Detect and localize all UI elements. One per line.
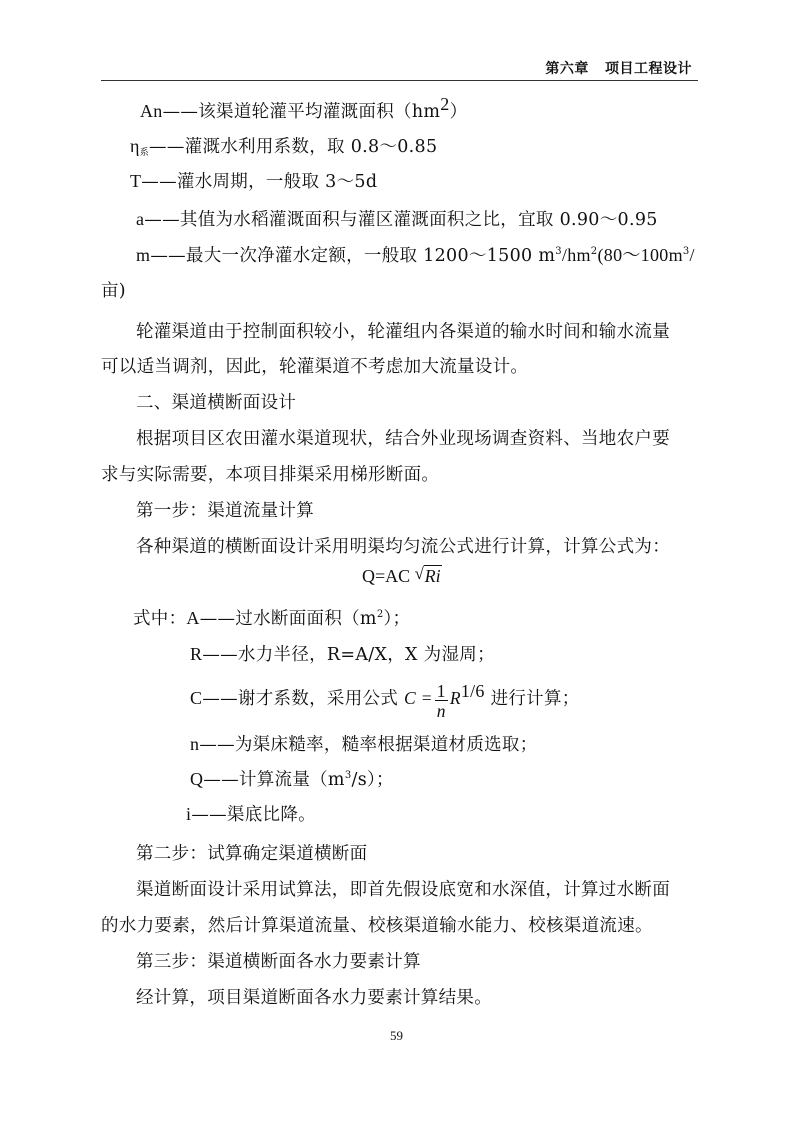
where-r: R——水力半径，R=A/X，X 为湿周； [190, 641, 495, 666]
manning-formula: Q=AC √Ri [362, 566, 442, 587]
definition-eta: η系——灌溉水利用系数，取 0.8～0.85 [130, 133, 437, 158]
step2-paragraph-line1: 渠道断面设计采用试算法，即首先假设底宽和水深值，计算过水断面 [136, 876, 670, 901]
where-c: C——谢才系数，采用公式 C =1nR1/6 进行计算； [190, 680, 580, 719]
step2-heading: 第二步：试算确定渠道横断面 [136, 840, 367, 865]
page-number: 59 [0, 1028, 793, 1044]
definition-a: a——其值为水稻灌溉面积与灌区灌溉面积之比，宜取 0.90～0.95 [136, 206, 658, 231]
where-i: i——渠底比降。 [186, 801, 316, 826]
page-header: 第六章 项目工程设计 [101, 56, 698, 81]
step3-heading: 第三步：渠道横断面各水力要素计算 [136, 948, 421, 973]
definition-m: m——最大一次净灌水定额，一般取 1200～1500 m3/hm2(80～100… [136, 241, 695, 267]
basis-paragraph-line1: 根据项目区农田灌水渠道现状，结合外业现场调查资料、当地农户要 [136, 425, 670, 450]
chapter-title: 第六章 项目工程设计 [545, 58, 692, 78]
definition-an: An——该渠道轮灌平均灌溉面积（hm2） [140, 98, 467, 123]
step1-description: 各种渠道的横断面设计采用明渠均匀流公式进行计算，计算公式为： [136, 533, 670, 558]
where-q: Q——计算流量（m3/s）； [190, 766, 394, 791]
step2-paragraph-line2: 的水力要素，然后计算渠道流量、校核渠道输水能力、校核渠道流速。 [101, 912, 653, 937]
sqrt-symbol: √Ri [415, 566, 442, 587]
step1-heading: 第一步：渠道流量计算 [136, 497, 314, 522]
definition-t: T——灌水周期，一般取 3～5d [130, 168, 377, 193]
basis-paragraph-line2: 求与实际需要，本项目排渠采用梯形断面。 [101, 461, 439, 486]
where-n: n——为渠床糙率，糙率根据渠道材质选取； [190, 731, 538, 756]
section-heading: 二、渠道横断面设计 [136, 389, 296, 414]
where-a: 式中：A——过水断面面积（m2）； [133, 605, 410, 630]
step3-description: 经计算，项目渠道断面各水力要素计算结果。 [136, 984, 492, 1009]
rotation-paragraph-line1: 轮灌渠道由于控制面积较小，轮灌组内各渠道的输水时间和输水流量 [136, 318, 670, 343]
rotation-paragraph-line2: 可以适当调剂，因此，轮灌渠道不考虑加大流量设计。 [101, 353, 528, 378]
definition-m-continuation: 亩) [101, 277, 126, 302]
fraction: 1n [435, 682, 448, 721]
